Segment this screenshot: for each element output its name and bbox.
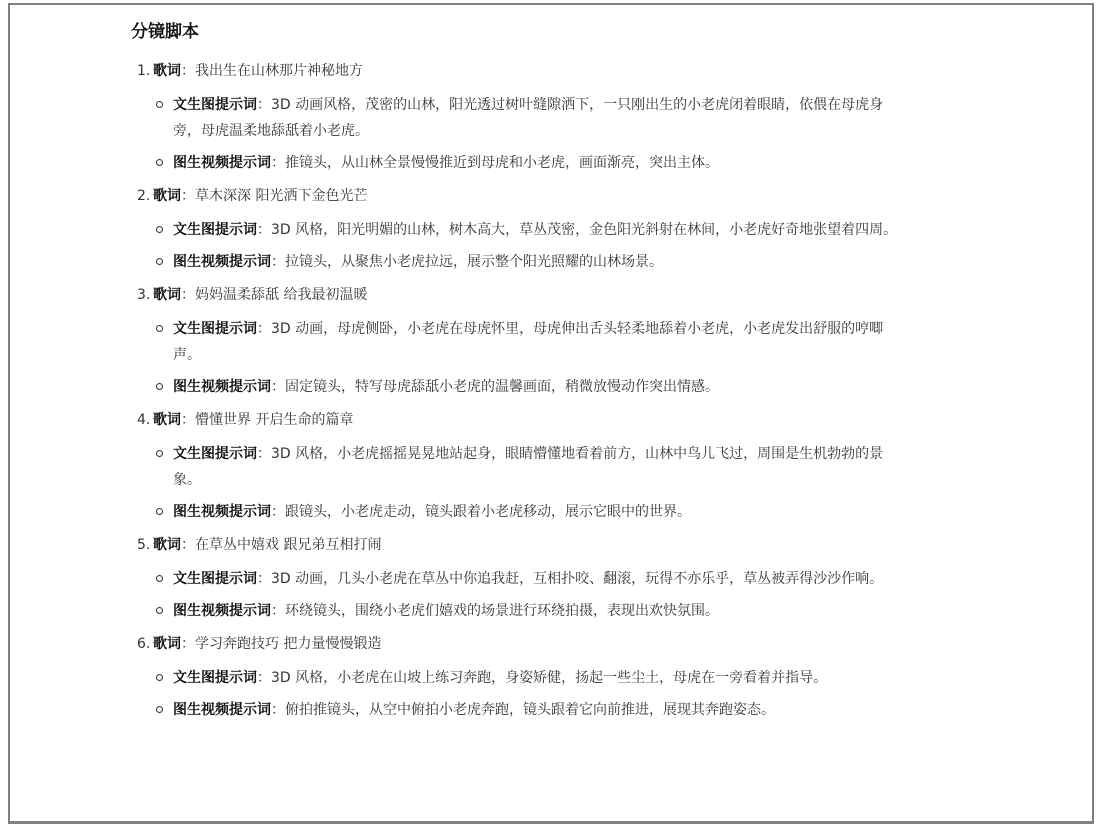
separator: ：: [271, 379, 285, 395]
scene-number: 4.: [137, 408, 150, 432]
hollow-circle-bullet-icon: [156, 226, 163, 233]
scene-item: 3.歌词：妈妈温柔舔舐 给我最初温暖文生图提示词：3D 动画，母虎侧卧，小老虎在…: [153, 283, 931, 400]
hollow-circle-bullet-icon: [156, 674, 163, 681]
separator: ：: [181, 412, 195, 428]
lyric-text: 草木深深 阳光洒下金色光芒: [195, 188, 367, 204]
separator: ：: [271, 254, 285, 270]
t2i-prompt-item: 文生图提示词：3D 风格，阳光明媚的山林，树木高大，草丛茂密，金色阳光斜射在林间…: [173, 217, 931, 243]
i2v-prompt-item: 图生视频提示词：环绕镜头，围绕小老虎们嬉戏的场景进行环绕拍摄，表现出欢快氛围。: [173, 598, 931, 624]
hollow-circle-bullet-icon: [156, 325, 163, 332]
hollow-circle-bullet-icon: [156, 706, 163, 713]
separator: ：: [181, 63, 195, 79]
separator: ：: [271, 155, 285, 171]
i2v-prompt-text: 环绕镜头，围绕小老虎们嬉戏的场景进行环绕拍摄，表现出欢快氛围。: [285, 603, 719, 619]
t2i-prompt-item: 文生图提示词：3D 动画，几头小老虎在草丛中你追我赶，互相扑咬、翻滚，玩得不亦乐…: [173, 566, 931, 592]
i2v-prompt-item: 图生视频提示词：固定镜头，特写母虎舔舐小老虎的温馨画面，稍微放慢动作突出情感。: [173, 374, 931, 400]
document-frame: 分镜脚本 1.歌词：我出生在山林那片神秘地方文生图提示词：3D 动画风格，茂密的…: [8, 3, 1094, 824]
separator: ：: [257, 571, 271, 587]
separator: ：: [257, 97, 271, 113]
scene-number: 1.: [137, 59, 150, 83]
t2i-prompt-text: 3D 动画，几头小老虎在草丛中你追我赶，互相扑咬、翻滚，玩得不亦乐乎，草丛被弄得…: [271, 571, 883, 587]
t2i-prompt-item: 文生图提示词：3D 动画，母虎侧卧，小老虎在母虎怀里，母虎伸出舌头轻柔地舔着小老…: [173, 316, 931, 368]
lyric-label: 歌词: [153, 63, 181, 79]
i2v-label: 图生视频提示词: [173, 603, 271, 619]
lyric-label: 歌词: [153, 287, 181, 303]
t2i-prompt-text: 3D 动画风格，茂密的山林，阳光透过树叶缝隙洒下，一只刚出生的小老虎闭着眼睛，依…: [173, 97, 883, 139]
i2v-label: 图生视频提示词: [173, 155, 271, 171]
i2v-label: 图生视频提示词: [173, 702, 271, 718]
lyric-label: 歌词: [153, 537, 181, 553]
lyric-text: 在草丛中嬉戏 跟兄弟互相打闹: [195, 537, 381, 553]
separator: ：: [271, 603, 285, 619]
lyric-label: 歌词: [153, 636, 181, 652]
t2i-prompt-text: 3D 风格，小老虎在山坡上练习奔跑，身姿矫健，扬起一些尘土，母虎在一旁看着并指导…: [271, 670, 827, 686]
hollow-circle-bullet-icon: [156, 607, 163, 614]
separator: ：: [257, 321, 271, 337]
i2v-prompt-item: 图生视频提示词：跟镜头，小老虎走动，镜头跟着小老虎移动，展示它眼中的世界。: [173, 499, 931, 525]
document-content: 分镜脚本 1.歌词：我出生在山林那片神秘地方文生图提示词：3D 动画风格，茂密的…: [131, 19, 931, 731]
hollow-circle-bullet-icon: [156, 101, 163, 108]
t2i-label: 文生图提示词: [173, 446, 257, 462]
t2i-label: 文生图提示词: [173, 670, 257, 686]
scene-item: 5.歌词：在草丛中嬉戏 跟兄弟互相打闹文生图提示词：3D 动画，几头小老虎在草丛…: [153, 533, 931, 624]
scene-number: 3.: [137, 283, 150, 307]
prompt-list: 文生图提示词：3D 动画，母虎侧卧，小老虎在母虎怀里，母虎伸出舌头轻柔地舔着小老…: [153, 316, 931, 400]
hollow-circle-bullet-icon: [156, 450, 163, 457]
scene-item: 6.歌词：学习奔跑技巧 把力量慢慢锻造文生图提示词：3D 风格，小老虎在山坡上练…: [153, 632, 931, 723]
separator: ：: [257, 670, 271, 686]
t2i-prompt-text: 3D 风格，小老虎摇摇晃晃地站起身，眼睛懵懂地看着前方，山林中鸟儿飞过，周围是生…: [173, 446, 883, 488]
separator: ：: [271, 504, 285, 520]
prompt-list: 文生图提示词：3D 动画风格，茂密的山林，阳光透过树叶缝隙洒下，一只刚出生的小老…: [153, 92, 931, 176]
prompt-list: 文生图提示词：3D 风格，小老虎摇摇晃晃地站起身，眼睛懵懂地看着前方，山林中鸟儿…: [153, 441, 931, 525]
separator: ：: [181, 188, 195, 204]
t2i-prompt-item: 文生图提示词：3D 动画风格，茂密的山林，阳光透过树叶缝隙洒下，一只刚出生的小老…: [173, 92, 931, 144]
i2v-prompt-text: 拉镜头，从聚焦小老虎拉远，展示整个阳光照耀的山林场景。: [285, 254, 663, 270]
scene-item: 4.歌词：懵懂世界 开启生命的篇章文生图提示词：3D 风格，小老虎摇摇晃晃地站起…: [153, 408, 931, 525]
lyric-text: 懵懂世界 开启生命的篇章: [195, 412, 353, 428]
scene-number: 5.: [137, 533, 150, 557]
lyric-text: 我出生在山林那片神秘地方: [195, 63, 363, 79]
t2i-label: 文生图提示词: [173, 222, 257, 238]
i2v-prompt-item: 图生视频提示词：俯拍推镜头，从空中俯拍小老虎奔跑，镜头跟着它向前推进，展现其奔跑…: [173, 697, 931, 723]
lyric-text: 妈妈温柔舔舐 给我最初温暖: [195, 287, 367, 303]
separator: ：: [257, 222, 271, 238]
lyric-label: 歌词: [153, 412, 181, 428]
t2i-label: 文生图提示词: [173, 97, 257, 113]
i2v-label: 图生视频提示词: [173, 379, 271, 395]
prompt-list: 文生图提示词：3D 动画，几头小老虎在草丛中你追我赶，互相扑咬、翻滚，玩得不亦乐…: [153, 566, 931, 624]
prompt-list: 文生图提示词：3D 风格，阳光明媚的山林，树木高大，草丛茂密，金色阳光斜射在林间…: [153, 217, 931, 275]
lyric-label: 歌词: [153, 188, 181, 204]
prompt-list: 文生图提示词：3D 风格，小老虎在山坡上练习奔跑，身姿矫健，扬起一些尘土，母虎在…: [153, 665, 931, 723]
t2i-label: 文生图提示词: [173, 321, 257, 337]
i2v-label: 图生视频提示词: [173, 254, 271, 270]
i2v-prompt-text: 固定镜头，特写母虎舔舐小老虎的温馨画面，稍微放慢动作突出情感。: [285, 379, 719, 395]
t2i-prompt-item: 文生图提示词：3D 风格，小老虎摇摇晃晃地站起身，眼睛懵懂地看着前方，山林中鸟儿…: [173, 441, 931, 493]
i2v-prompt-text: 跟镜头，小老虎走动，镜头跟着小老虎移动，展示它眼中的世界。: [285, 504, 691, 520]
t2i-prompt-item: 文生图提示词：3D 风格，小老虎在山坡上练习奔跑，身姿矫健，扬起一些尘土，母虎在…: [173, 665, 931, 691]
scene-item: 1.歌词：我出生在山林那片神秘地方文生图提示词：3D 动画风格，茂密的山林，阳光…: [153, 59, 931, 176]
hollow-circle-bullet-icon: [156, 383, 163, 390]
hollow-circle-bullet-icon: [156, 575, 163, 582]
t2i-label: 文生图提示词: [173, 571, 257, 587]
scene-list: 1.歌词：我出生在山林那片神秘地方文生图提示词：3D 动画风格，茂密的山林，阳光…: [131, 59, 931, 723]
hollow-circle-bullet-icon: [156, 258, 163, 265]
hollow-circle-bullet-icon: [156, 508, 163, 515]
scene-item: 2.歌词：草木深深 阳光洒下金色光芒文生图提示词：3D 风格，阳光明媚的山林，树…: [153, 184, 931, 275]
i2v-label: 图生视频提示词: [173, 504, 271, 520]
i2v-prompt-text: 推镜头，从山林全景慢慢推近到母虎和小老虎，画面渐亮，突出主体。: [285, 155, 719, 171]
separator: ：: [257, 446, 271, 462]
separator: ：: [271, 702, 285, 718]
scene-number: 2.: [137, 184, 150, 208]
i2v-prompt-item: 图生视频提示词：推镜头，从山林全景慢慢推近到母虎和小老虎，画面渐亮，突出主体。: [173, 150, 931, 176]
t2i-prompt-text: 3D 动画，母虎侧卧，小老虎在母虎怀里，母虎伸出舌头轻柔地舔着小老虎，小老虎发出…: [173, 321, 883, 363]
page-title: 分镜脚本: [131, 19, 931, 45]
i2v-prompt-text: 俯拍推镜头，从空中俯拍小老虎奔跑，镜头跟着它向前推进，展现其奔跑姿态。: [285, 702, 775, 718]
scene-number: 6.: [137, 632, 150, 656]
t2i-prompt-text: 3D 风格，阳光明媚的山林，树木高大，草丛茂密，金色阳光斜射在林间，小老虎好奇地…: [271, 222, 897, 238]
hollow-circle-bullet-icon: [156, 159, 163, 166]
i2v-prompt-item: 图生视频提示词：拉镜头，从聚焦小老虎拉远，展示整个阳光照耀的山林场景。: [173, 249, 931, 275]
separator: ：: [181, 636, 195, 652]
separator: ：: [181, 287, 195, 303]
separator: ：: [181, 537, 195, 553]
lyric-text: 学习奔跑技巧 把力量慢慢锻造: [195, 636, 381, 652]
